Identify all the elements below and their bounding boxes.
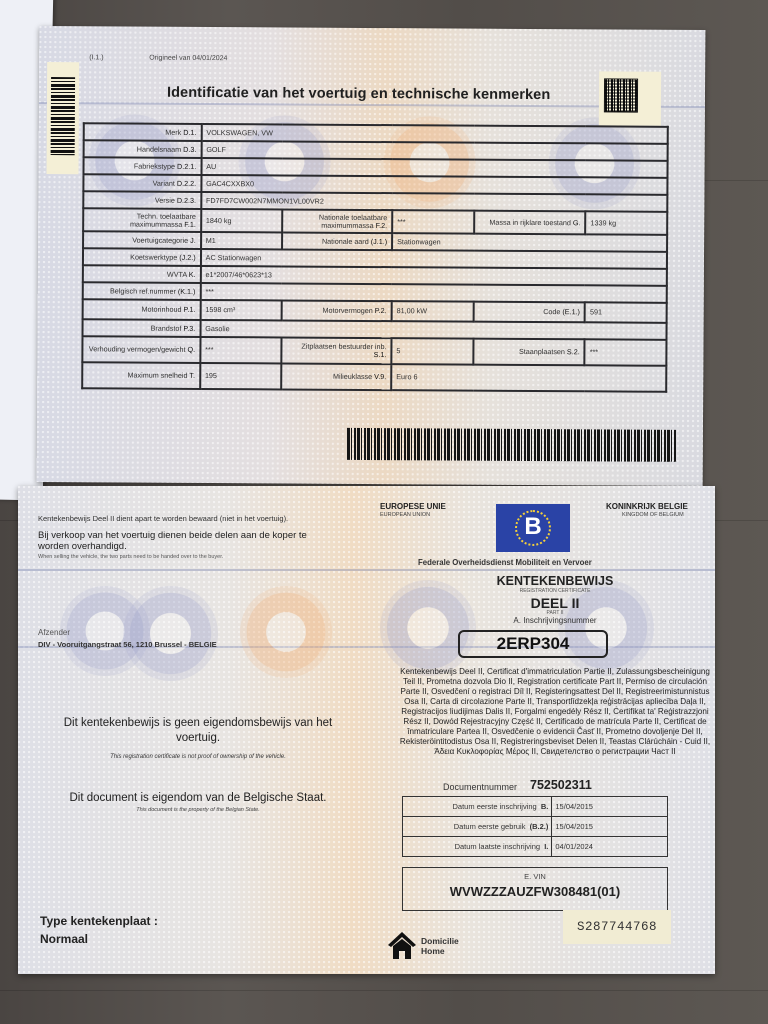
watermark-wheel xyxy=(123,586,218,681)
original-date: Origineel van 04/01/2024 xyxy=(149,55,227,62)
code-e1-value: 591 xyxy=(585,302,667,322)
vin-value: WVWZZZAUZFW308481(01) xyxy=(403,884,667,899)
eu-label-en: EUROPEAN UNION xyxy=(380,512,430,518)
zitplaatsen-value: 5 xyxy=(391,338,473,364)
date-row: Datum eerste gebruik (B.2.)15/04/2015 xyxy=(403,817,668,837)
motorinhoud-value: 1598 cm³ xyxy=(200,300,282,320)
home-label: Home xyxy=(421,946,445,956)
massa-rijklaar-value: 1339 kg xyxy=(585,211,667,234)
motorvermogen-value: 81,00 kW xyxy=(392,301,474,321)
security-line xyxy=(18,569,715,571)
property-notice: Dit document is eigendom van de Belgisch… xyxy=(38,792,358,804)
vin-box: E. VIN WVWZZZAUZFW308481(01) xyxy=(402,867,668,911)
domicile-label: Domicilie xyxy=(421,936,459,946)
date-last-registration: 04/01/2024 xyxy=(552,837,668,857)
staanplaatsen-value: *** xyxy=(585,339,667,365)
technical-sheet: (I.1.) Origineel van 04/01/2024 Identifi… xyxy=(37,26,706,486)
date-first-use: 15/04/2015 xyxy=(552,817,668,837)
docnr-label: Documentnummer xyxy=(443,782,517,792)
date-row: Datum laatste inschrijving I.04/01/2024 xyxy=(403,837,668,857)
kingdom-label-en: KINGDOM OF BELGIUM xyxy=(622,512,684,518)
barcode-vertical xyxy=(46,62,79,174)
watermark-wheel xyxy=(240,586,332,678)
doc-title-en: REGISTRATION CERTIFICATE xyxy=(396,588,714,594)
agency-name: Federale Overheidsdienst Mobiliteit en V… xyxy=(418,558,592,567)
serial-number: S287744768 xyxy=(563,910,671,944)
notice-separate: Kentekenbewijs Deel II dient apart te wo… xyxy=(38,514,288,523)
document-number: 752502311 xyxy=(530,778,592,792)
nat-massa-value: *** xyxy=(392,210,474,233)
vin-label: E. VIN xyxy=(403,872,667,881)
eu-label: EUROPESE UNIE xyxy=(380,502,446,511)
barcode-horizontal xyxy=(347,428,677,462)
date-row: Datum eerste inschrijving B.15/04/2015 xyxy=(403,797,668,817)
date-first-registration: 15/04/2015 xyxy=(552,797,668,817)
technical-table: Merk D.1.VOLKSWAGEN, VW Handelsnaam D.3.… xyxy=(81,122,669,393)
eu-flag-icon: B xyxy=(496,504,570,552)
kingdom-label: KONINKRIJK BELGIE xyxy=(606,502,688,511)
registration-plate: 2ERP304 xyxy=(458,630,608,658)
sender-address: DIV - Vooruitgangstraat 56, 1210 Brussel… xyxy=(38,640,217,649)
nat-aard-value: Stationwagen xyxy=(392,233,667,252)
datamatrix-code xyxy=(599,71,661,125)
multilingual-titles: Kentekenbewijs Deel II, Certificat d'imm… xyxy=(396,667,714,757)
home-icon xyxy=(386,930,418,960)
doc-title: KENTEKENBEWIJS xyxy=(396,574,714,588)
milieuklasse-value: Euro 6 xyxy=(391,364,666,392)
ref-code: (I.1.) xyxy=(89,54,103,61)
categorie-value: M1 xyxy=(201,232,283,249)
wood-grain xyxy=(0,990,768,991)
plate-type-value: Normaal xyxy=(40,932,88,946)
ownership-notice: Dit kentekenbewijs is geen eigendomsbewi… xyxy=(48,716,348,746)
sheet-title: Identificatie van het voertuig en techni… xyxy=(167,85,550,103)
notice-sale-en: When selling the vehicle, the two parts … xyxy=(38,554,223,560)
verhouding-value: *** xyxy=(200,337,282,363)
property-notice-en: This document is the property of the Bel… xyxy=(38,807,358,813)
plate-type-label: Type kentekenplaat : xyxy=(40,914,158,928)
notice-sale: Bij verkoop van het voertuig dienen beid… xyxy=(38,530,338,552)
max-snelheid-value: 195 xyxy=(200,363,282,389)
sender-label: Afzender xyxy=(38,628,70,637)
ownership-notice-en: This registration certificate is not pro… xyxy=(48,754,348,760)
part-title: DEEL II xyxy=(396,595,714,611)
plate-label: A. Inschrijvingsnummer xyxy=(396,616,714,625)
dates-table: Datum eerste inschrijving B.15/04/2015 D… xyxy=(402,796,668,857)
techn-massa-value: 1840 kg xyxy=(201,209,283,232)
registration-sheet: Kentekenbewijs Deel II dient apart te wo… xyxy=(18,486,715,974)
